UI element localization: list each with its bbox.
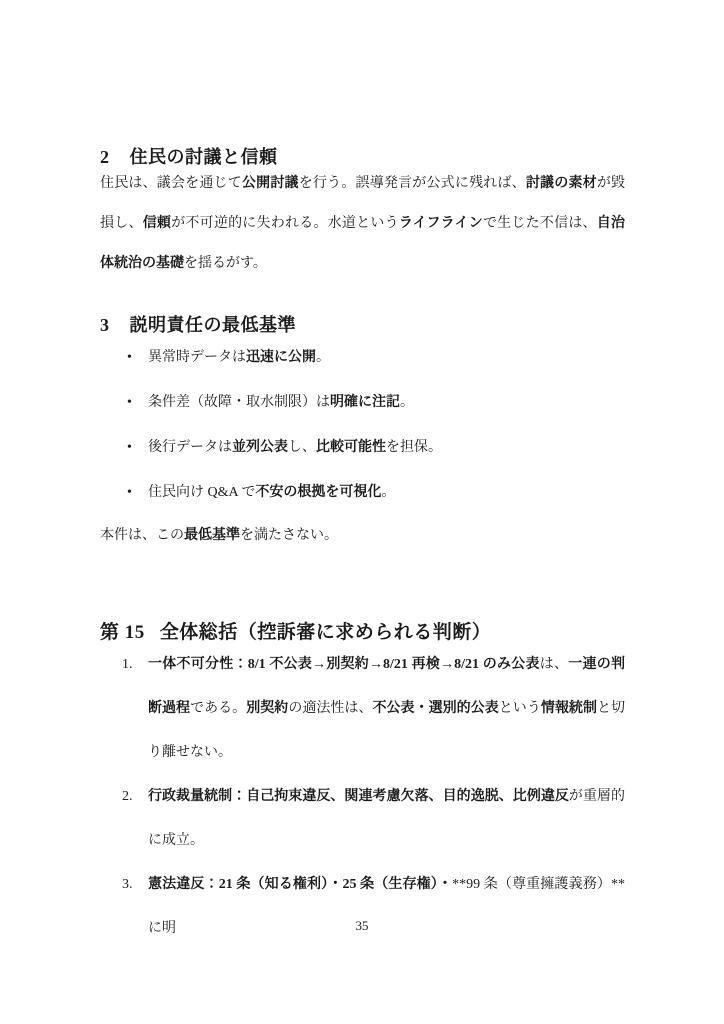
list-item: • 後行データは並列公表し、比較可能性を担保。 (100, 425, 625, 470)
body-text: 住民向け Q&A で (148, 485, 255, 500)
list-number: 2. (122, 775, 133, 819)
bullet-icon: • (127, 470, 132, 515)
section-heading-15: 第 15全体総括（控訴審に求められる判断） (100, 620, 625, 645)
body-text: 。 (316, 350, 330, 365)
body-text: は、 (540, 657, 569, 672)
section-heading-3: 3説明責任の最低基準 (100, 313, 625, 337)
list-item-text: 一体不可分性：8/1 不公表→別契約→8/21 再検→8/21 のみ公表は、一連… (148, 657, 625, 760)
body-text: を行う。誤導発言が公式に残れば、 (299, 176, 526, 191)
section-title: 全体総括（控訴審に求められる判断） (160, 622, 492, 643)
body-text: 住民は、議会を通じて (100, 176, 242, 191)
emphasized-text: 明確に注記 (330, 395, 400, 410)
emphasized-text: 憲法違反：21 条（知る権利）・25 条（生存権）・ (148, 877, 452, 892)
emphasized-text: 最低基準 (184, 528, 240, 543)
list-item-text: 後行データは並列公表し、比較可能性を担保。 (148, 440, 442, 455)
bullet-icon: • (127, 425, 132, 470)
emphasized-text: 公開討議 (242, 176, 299, 191)
emphasized-text: 比較可能性 (316, 440, 386, 455)
body-text: 。 (400, 395, 414, 410)
emphasized-text: 情報統制 (541, 701, 597, 716)
list-item: 2. 行政裁量統制：自己拘束違反、関連考慮欠落、目的逸脱、比例違反が重層的に成立… (100, 775, 625, 863)
bullet-icon: • (127, 380, 132, 425)
body-text: である。 (190, 701, 246, 716)
body-text: を満たさない。 (240, 528, 338, 543)
list-item: • 異常時データは迅速に公開。 (100, 335, 625, 380)
emphasized-text: 不公表・選別的公表 (373, 701, 499, 716)
emphasized-text: 一体不可分性：8/1 不公表→別契約→8/21 再検→8/21 のみ公表 (148, 657, 540, 672)
section-number: 3 (100, 315, 110, 335)
list-item: • 住民向け Q&A で不安の根拠を可視化。 (100, 470, 625, 515)
accountability-bullet-list: • 異常時データは迅速に公開。 • 条件差（故障・取水制限）は明確に注記。 • … (100, 335, 625, 515)
body-text: の適法性は、 (288, 701, 372, 716)
emphasized-text: 不安の根拠を可視化 (255, 485, 381, 500)
body-text: という (499, 701, 541, 716)
body-text: 後行データは (148, 440, 232, 455)
section-title: 説明責任の最低基準 (130, 315, 297, 335)
emphasized-text: 信頼 (143, 216, 171, 231)
list-item-text: 行政裁量統制：自己拘束違反、関連考慮欠落、目的逸脱、比例違反が重層的に成立。 (148, 789, 625, 848)
list-item: 3. 憲法違反：21 条（知る権利）・25 条（生存権）・**99 条（尊重擁護… (100, 863, 625, 951)
list-item: • 条件差（故障・取水制限）は明確に注記。 (100, 380, 625, 425)
emphasized-text: ライフライン (399, 216, 483, 231)
bullet-icon: • (127, 335, 132, 380)
emphasized-text: 行政裁量統制：自己拘束違反、関連考慮欠落、目的逸脱、比例違反 (148, 789, 569, 804)
list-number: 3. (122, 863, 133, 907)
body-text: 。 (381, 485, 395, 500)
section-number: 第 15 (100, 622, 145, 643)
paragraph-conclusion: 本件は、この最低基準を満たさない。 (100, 516, 625, 556)
body-text: を担保。 (386, 440, 442, 455)
body-text: し、 (288, 440, 316, 455)
list-item-text: 条件差（故障・取水制限）は明確に注記。 (148, 395, 414, 410)
emphasized-text: 別契約 (246, 701, 288, 716)
body-text: を揺るがす。 (184, 256, 267, 271)
body-text: が不可逆的に失われる。水道という (171, 216, 399, 231)
emphasized-text: 討議の素材 (526, 176, 597, 191)
list-item-text: 住民向け Q&A で不安の根拠を可視化。 (148, 485, 395, 500)
overall-summary-numbered-list: 1. 一体不可分性：8/1 不公表→別契約→8/21 再検→8/21 のみ公表は… (100, 643, 625, 951)
list-number: 1. (122, 643, 133, 687)
emphasized-text: 迅速に公開 (246, 350, 316, 365)
emphasized-text: 並列公表 (232, 440, 288, 455)
paragraph-discussion-trust: 住民は、議会を通じて公開討議を行う。誤導発言が公式に残れば、討議の素材が毀損し、… (100, 164, 625, 284)
body-text: 本件は、この (100, 528, 184, 543)
list-item-text: 異常時データは迅速に公開。 (148, 350, 330, 365)
list-item: 1. 一体不可分性：8/1 不公表→別契約→8/21 再検→8/21 のみ公表は… (100, 643, 625, 775)
document-page: 2住民の討議と信頼 住民は、議会を通じて公開討議を行う。誤導発言が公式に残れば、… (0, 0, 724, 1024)
body-text: 条件差（故障・取水制限）は (148, 395, 330, 410)
body-text: 異常時データは (148, 350, 246, 365)
body-text: で生じた不信は、 (483, 216, 597, 231)
page-number: 35 (0, 918, 724, 934)
